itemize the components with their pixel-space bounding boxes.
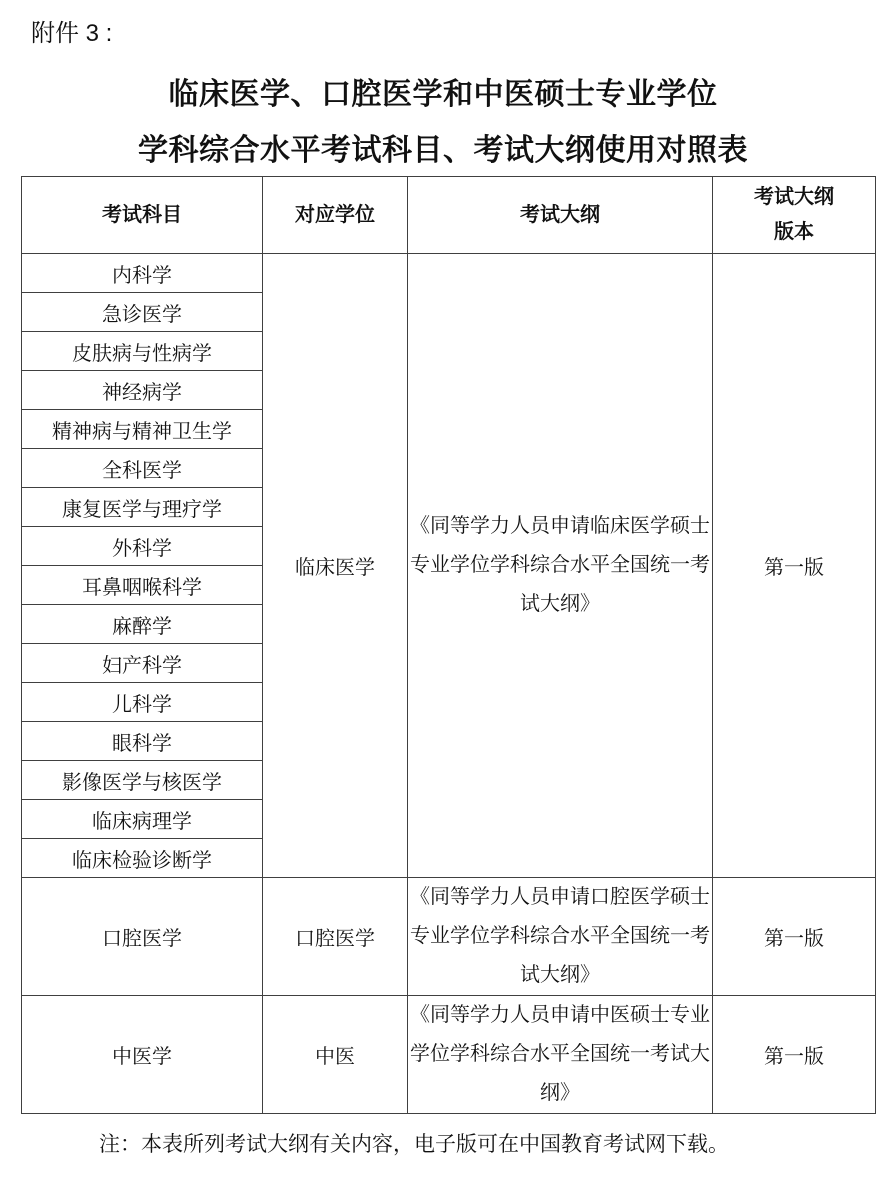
version-cell-tcm: 第一版 (713, 996, 876, 1114)
subject-cell: 妇产科学 (22, 644, 263, 683)
exam-syllabus-comparison-table: 考试科目 对应学位 考试大纲 考试大纲 版本 内科学 临床医学 《同等学力人员申… (21, 176, 876, 1114)
table-header-row: 考试科目 对应学位 考试大纲 考试大纲 版本 (22, 177, 876, 254)
attachment-label: 附件 3 : (31, 20, 112, 48)
subject-cell: 临床检验诊断学 (22, 839, 263, 878)
subject-cell: 眼科学 (22, 722, 263, 761)
version-header-line2: 版本 (713, 215, 875, 250)
footnote: 注：本表所列考试大纲有关内容，电子版可在中国教育考试网下载。 (99, 1132, 729, 1158)
subject-cell: 精神病与精神卫生学 (22, 410, 263, 449)
degree-cell-clinical: 临床医学 (263, 254, 408, 878)
document-page: 附件 3 : 临床医学、口腔医学和中医硕士专业学位 学科综合水平考试科目、考试大… (0, 0, 886, 1203)
subject-cell: 耳鼻咽喉科学 (22, 566, 263, 605)
syllabus-cell-tcm: 《同等学力人员申请中医硕士专业学位学科综合水平全国统一考试大纲》 (408, 996, 713, 1114)
table-row-stomatology: 口腔医学 口腔医学 《同等学力人员申请口腔医学硕士专业学位学科综合水平全国统一考… (22, 878, 876, 996)
column-header-degree: 对应学位 (263, 177, 408, 254)
subject-cell: 中医学 (22, 996, 263, 1114)
subject-cell: 外科学 (22, 527, 263, 566)
subject-cell: 麻醉学 (22, 605, 263, 644)
subject-cell: 内科学 (22, 254, 263, 293)
syllabus-cell-clinical: 《同等学力人员申请临床医学硕士专业学位学科综合水平全国统一考试大纲》 (408, 254, 713, 878)
subject-cell: 临床病理学 (22, 800, 263, 839)
table-row-tcm: 中医学 中医 《同等学力人员申请中医硕士专业学位学科综合水平全国统一考试大纲》 … (22, 996, 876, 1114)
degree-cell-tcm: 中医 (263, 996, 408, 1114)
version-cell-clinical: 第一版 (713, 254, 876, 878)
syllabus-cell-stomatology: 《同等学力人员申请口腔医学硕士专业学位学科综合水平全国统一考试大纲》 (408, 878, 713, 996)
document-title-line2: 学科综合水平考试科目、考试大纲使用对照表 (0, 136, 886, 166)
subject-cell: 急诊医学 (22, 293, 263, 332)
subject-cell: 儿科学 (22, 683, 263, 722)
subject-cell: 全科医学 (22, 449, 263, 488)
column-header-syllabus: 考试大纲 (408, 177, 713, 254)
subject-cell: 神经病学 (22, 371, 263, 410)
column-header-exam-subject: 考试科目 (22, 177, 263, 254)
degree-cell-stomatology: 口腔医学 (263, 878, 408, 996)
version-cell-stomatology: 第一版 (713, 878, 876, 996)
version-header-line1: 考试大纲 (713, 180, 875, 215)
subject-cell: 口腔医学 (22, 878, 263, 996)
table-row: 内科学 临床医学 《同等学力人员申请临床医学硕士专业学位学科综合水平全国统一考试… (22, 254, 876, 293)
document-title-line1: 临床医学、口腔医学和中医硕士专业学位 (0, 80, 886, 110)
column-header-syllabus-version: 考试大纲 版本 (713, 177, 876, 254)
subject-cell: 皮肤病与性病学 (22, 332, 263, 371)
subject-cell: 康复医学与理疗学 (22, 488, 263, 527)
subject-cell: 影像医学与核医学 (22, 761, 263, 800)
